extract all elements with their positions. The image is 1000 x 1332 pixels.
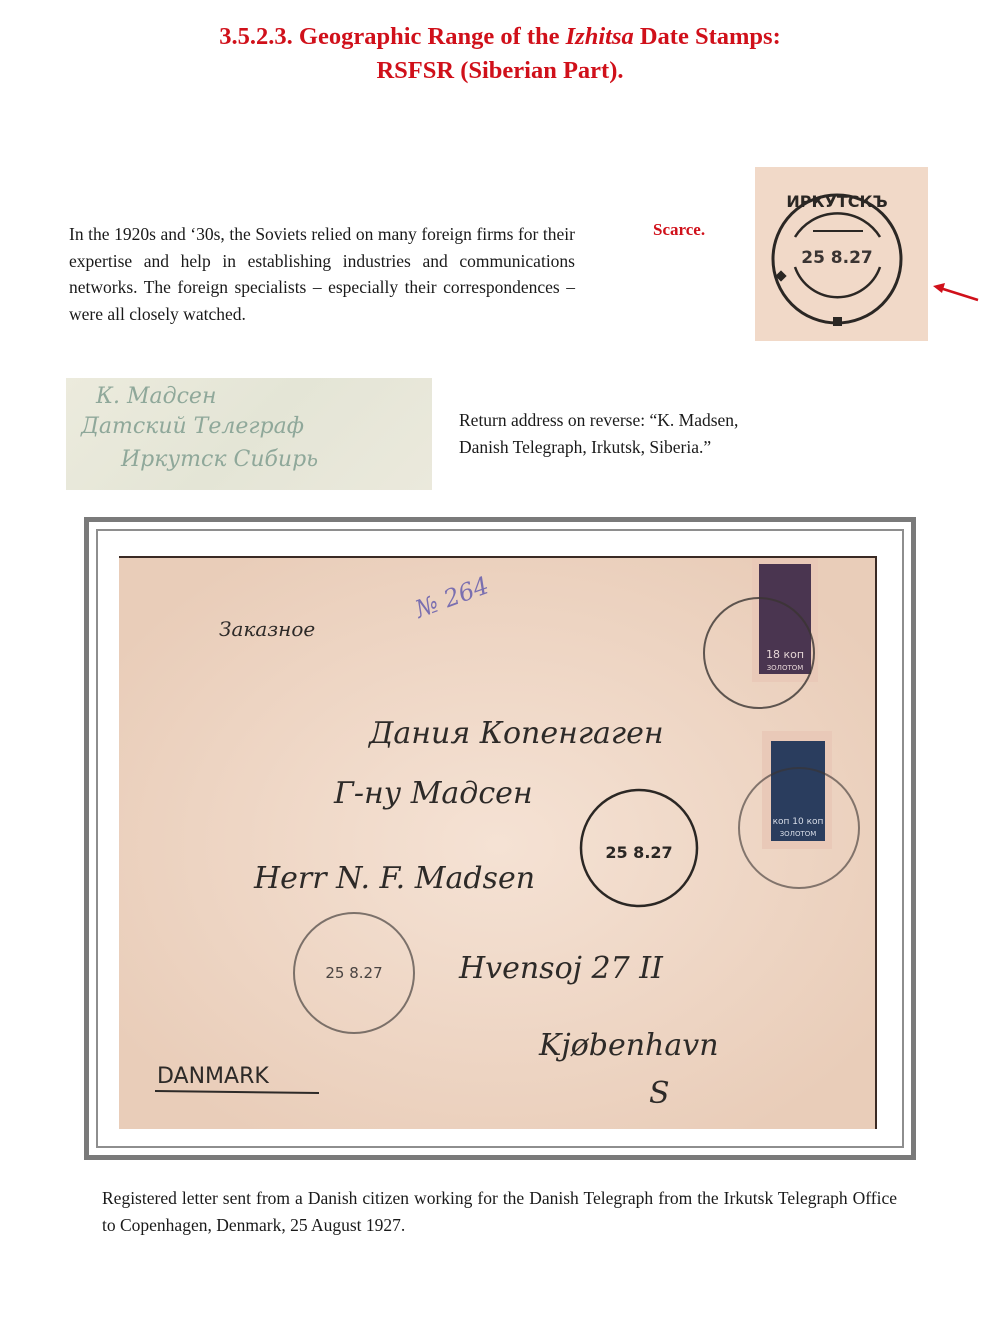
page-title: 3.5.2.3. Geographic Range of the Izhitsa… [0, 20, 1000, 88]
svg-text:Дания Копенгаген: Дания Копенгаген [367, 716, 664, 751]
postmark-detail-image: 25 8.27 ИРКУТСКЪ [755, 167, 928, 341]
svg-text:25 8.27: 25 8.27 [801, 248, 873, 268]
red-arrow-icon [930, 280, 980, 305]
svg-text:S: S [649, 1076, 670, 1111]
svg-text:Kjøbenhavn: Kjøbenhavn [538, 1028, 719, 1063]
svg-text:18 коп: 18 коп [766, 648, 804, 661]
title-line-2: RSFSR (Siberian Part). [0, 54, 1000, 88]
svg-text:ЗОЛОТОМ: ЗОЛОТОМ [780, 830, 817, 838]
scarce-label: Scarce. [653, 220, 705, 240]
svg-text:Hvensoj 27 II: Hvensoj 27 II [458, 951, 664, 986]
svg-text:ЗОЛОТОМ: ЗОЛОТОМ [767, 664, 804, 672]
cover-image: Заказное № 264 Дания Копенгаген Г-ну Мад… [119, 556, 877, 1129]
title-line-1: 3.5.2.3. Geographic Range of the Izhitsa… [0, 20, 1000, 54]
return-address-image: К. Мадсен Датский Телеграф Иркутск Сибир… [66, 378, 432, 490]
return-address-caption: Return address on reverse: “K. Madsen, D… [459, 407, 738, 460]
svg-text:DANMARK: DANMARK [157, 1064, 269, 1089]
intro-paragraph: In the 1920s and ‘30s, the Soviets relie… [69, 221, 575, 327]
svg-text:25 8.27: 25 8.27 [605, 843, 672, 862]
svg-text:Датский Телеграф: Датский Телеграф [80, 414, 304, 439]
svg-text:Иркутск Сибирь: Иркутск Сибирь [120, 447, 318, 472]
svg-text:Г-ну Мадсен: Г-ну Мадсен [333, 776, 533, 811]
svg-text:коп 10 коп: коп 10 коп [773, 817, 824, 827]
svg-text:Заказное: Заказное [219, 617, 315, 641]
svg-text:25 8.27: 25 8.27 [325, 964, 382, 982]
svg-text:ИРКУТСКЪ: ИРКУТСКЪ [786, 192, 887, 211]
svg-text:К. Мадсен: К. Мадсен [95, 384, 216, 409]
svg-text:Herr N. F. Madsen: Herr N. F. Madsen [253, 861, 535, 896]
cover-caption: Registered letter sent from a Danish cit… [102, 1185, 897, 1238]
